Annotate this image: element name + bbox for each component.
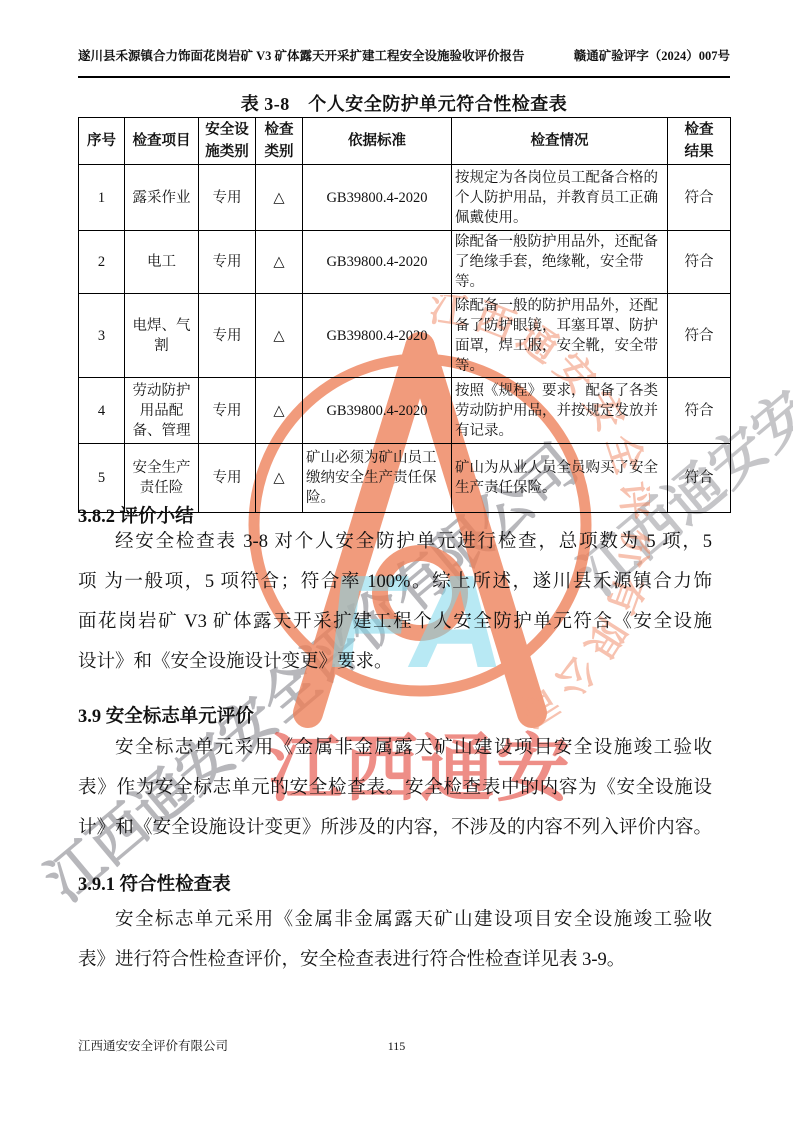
cell-situation: 除配备一般的防护用品外，还配备了防护眼镜，耳塞耳罩、防护面罩，焊工服，安全靴，安… — [452, 294, 668, 378]
cell-item: 劳动防护用品配备、管理 — [125, 378, 199, 444]
col-header-check-type: 检查 类别 — [256, 118, 303, 165]
cell-result: 符合 — [668, 294, 731, 378]
cell-no: 3 — [79, 294, 125, 378]
document-number: 赣通矿验评字（2024）007号 — [574, 46, 730, 64]
paragraph-line: 经安全检查表 3-8 对个人安全防护单元进行检查，总项数为 5 项，5 — [78, 522, 712, 562]
paragraph-line: 设计》和《安全设施设计变更》要求。 — [78, 642, 712, 682]
cell-check-type: △ — [256, 165, 303, 231]
cell-item: 电焊、气割 — [125, 294, 199, 378]
paragraph-line: 表》进行符合性检查评价，安全检查表进行符合性检查详见表 3-9。 — [78, 940, 712, 980]
table-row: 4 劳动防护用品配备、管理 专用 △ GB39800.4-2020 按照《规程》… — [79, 378, 731, 444]
paragraph-line: 计》和《安全设施设计变更》所涉及的内容，不涉及的内容不列入评价内容。 — [78, 808, 712, 848]
page-content: 遂川县禾源镇合力饰面花岗岩矿 V3 矿体露天开采扩建工程安全设施验收评价报告 赣… — [0, 0, 793, 1122]
cell-item: 露采作业 — [125, 165, 199, 231]
cell-item: 电工 — [125, 231, 199, 294]
cell-situation: 除配备一般防护用品外，还配备了绝缘手套，绝缘靴，安全带等。 — [452, 231, 668, 294]
col-header-standard: 依据标准 — [303, 118, 452, 165]
paragraph-line: 项 为一般项，5 项符合；符合率 100%。综上所述，遂川县禾源镇合力饰 — [78, 562, 712, 602]
cell-check-type: △ — [256, 378, 303, 444]
col-header-item: 检查项目 — [125, 118, 199, 165]
cell-check-type: △ — [256, 294, 303, 378]
cell-no: 2 — [79, 231, 125, 294]
col-header-result: 检查 结果 — [668, 118, 731, 165]
cell-category: 专用 — [199, 378, 256, 444]
table-header-row: 序号 检查项目 安全设 施类别 检查 类别 依据标准 检查情况 检查 结果 — [79, 118, 731, 165]
paragraph-382: 经安全检查表 3-8 对个人安全防护单元进行检查，总项数为 5 项，5 项 为一… — [78, 522, 712, 682]
report-title: 遂川县禾源镇合力饰面花岗岩矿 V3 矿体露天开采扩建工程安全设施验收评价报告 — [78, 46, 525, 64]
document-page: 江西通安安全评价有限公司 江西通安安全评价有限公司 江西通安安全评价有限公司 F… — [0, 0, 793, 1122]
section-heading-39: 3.9 安全标志单元评价 — [78, 702, 730, 728]
compliance-check-table: 序号 检查项目 安全设 施类别 检查 类别 依据标准 检查情况 检查 结果 1 … — [78, 117, 731, 513]
cell-situation: 按照《规程》要求，配备了各类劳动防护用品，并按规定发放并有记录。 — [452, 378, 668, 444]
paragraph-line: 安全标志单元采用《金属非金属露天矿山建设项目安全设施竣工验收 — [78, 728, 712, 768]
cell-category: 专用 — [199, 294, 256, 378]
cell-no: 1 — [79, 165, 125, 231]
page-header: 遂川县禾源镇合力饰面花岗岩矿 V3 矿体露天开采扩建工程安全设施验收评价报告 赣… — [78, 46, 730, 78]
cell-no: 4 — [79, 378, 125, 444]
cell-check-type: △ — [256, 231, 303, 294]
table-title: 表 3-8 个人安全防护单元符合性检查表 — [78, 90, 730, 116]
col-header-category: 安全设 施类别 — [199, 118, 256, 165]
paragraph-line: 表》作为安全标志单元的安全检查表。安全检查表中的内容为《安全设施设 — [78, 768, 712, 808]
cell-standard: GB39800.4-2020 — [303, 231, 452, 294]
paragraph-line: 安全标志单元采用《金属非金属露天矿山建设项目安全设施竣工验收 — [78, 900, 712, 940]
cell-category: 专用 — [199, 165, 256, 231]
paragraph-391: 安全标志单元采用《金属非金属露天矿山建设项目安全设施竣工验收 表》进行符合性检查… — [78, 900, 712, 980]
table-row: 1 露采作业 专用 △ GB39800.4-2020 按规定为各岗位员工配备合格… — [79, 165, 731, 231]
cell-standard: GB39800.4-2020 — [303, 294, 452, 378]
cell-standard: GB39800.4-2020 — [303, 165, 452, 231]
cell-category: 专用 — [199, 231, 256, 294]
col-header-situation: 检查情况 — [452, 118, 668, 165]
cell-result: 符合 — [668, 231, 731, 294]
page-number: 115 — [0, 1039, 793, 1054]
cell-result: 符合 — [668, 165, 731, 231]
table-row: 3 电焊、气割 专用 △ GB39800.4-2020 除配备一般的防护用品外，… — [79, 294, 731, 378]
cell-situation: 按规定为各岗位员工配备合格的个人防护用品，并教育员工正确佩戴使用。 — [452, 165, 668, 231]
section-heading-391: 3.9.1 符合性检查表 — [78, 870, 730, 896]
cell-standard: GB39800.4-2020 — [303, 378, 452, 444]
cell-result: 符合 — [668, 378, 731, 444]
table-row: 2 电工 专用 △ GB39800.4-2020 除配备一般防护用品外，还配备了… — [79, 231, 731, 294]
paragraph-line: 面花岗岩矿 V3 矿体露天开采扩建工程个人安全防护单元符合《安全设施 — [78, 602, 712, 642]
paragraph-39: 安全标志单元采用《金属非金属露天矿山建设项目安全设施竣工验收 表》作为安全标志单… — [78, 728, 712, 848]
col-header-no: 序号 — [79, 118, 125, 165]
